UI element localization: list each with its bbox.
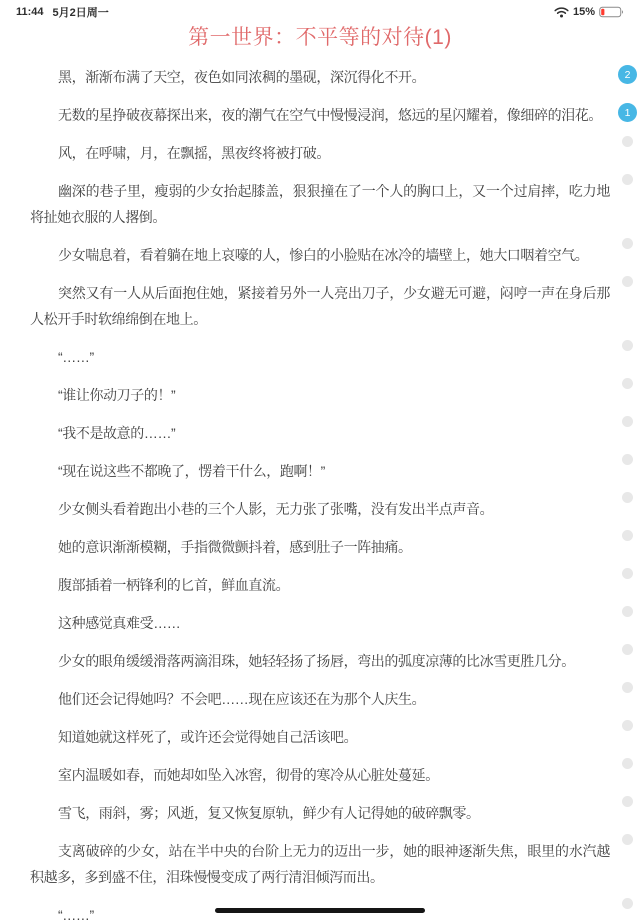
comment-dot[interactable]: [622, 238, 633, 249]
comment-dot[interactable]: [622, 378, 633, 389]
paragraph-text: 无数的星挣破夜幕探出来，夜的潮气在空气中慢慢浸润，悠远的星闪耀着，像细碎的泪花。: [58, 107, 602, 123]
paragraph: “我不是故意的……”: [30, 420, 610, 446]
comment-dot[interactable]: [622, 606, 633, 617]
paragraph-text: 她的意识渐渐模糊，手指微微颤抖着，感到肚子一阵抽痛。: [58, 539, 412, 555]
battery-percent: 15%: [573, 6, 595, 18]
home-indicator[interactable]: [215, 908, 425, 913]
comment-dot[interactable]: [622, 796, 633, 807]
wifi-icon: [554, 6, 569, 18]
paragraph: 室内温暖如春，而她却如坠入冰窖，彻骨的寒冷从心脏处蔓延。: [30, 762, 610, 788]
paragraph: 少女的眼角缓缓滑落两滴泪珠，她轻轻扬了扬唇，弯出的弧度凉薄的比冰雪更胜几分。: [30, 648, 610, 674]
paragraph: 支离破碎的少女，站在半中央的台阶上无力的迈出一步，她的眼神逐渐失焦，眼里的水汽越…: [30, 838, 610, 890]
chapter-title: 第一世界：不平等的对待(1): [0, 24, 640, 52]
comment-dot[interactable]: [622, 340, 633, 351]
paragraph: 知道她就这样死了，或许还会觉得她自己活该吧。: [30, 724, 610, 750]
paragraph: 风，在呼啸，月，在飘摇，黑夜终将被打破。: [30, 140, 610, 166]
comment-dot[interactable]: [622, 568, 633, 579]
paragraph-text: 这种感觉真难受……: [58, 615, 180, 631]
paragraph-text: “我不是故意的……”: [58, 425, 175, 441]
comment-dot[interactable]: [622, 898, 633, 909]
comment-dot[interactable]: [622, 174, 633, 185]
paragraph: 黑，渐渐布满了天空，夜色如同浓稠的墨砚，深沉得化不开。 2: [30, 64, 610, 90]
paragraph: 突然又有一人从后面抱住她，紧接着另外一人亮出刀子，少女避无可避，闷哼一声在身后那…: [30, 280, 610, 332]
comment-dot[interactable]: [622, 682, 633, 693]
paragraph: 少女侧头看着跑出小巷的三个人影，无力张了张嘴，没有发出半点声音。: [30, 496, 610, 522]
battery-icon: [599, 6, 624, 18]
paragraph: 幽深的巷子里，瘦弱的少女抬起膝盖，狠狠撞在了一个人的胸口上，又一个过肩摔，吃力地…: [30, 178, 610, 230]
paragraph-text: 少女侧头看着跑出小巷的三个人影，无力张了张嘴，没有发出半点声音。: [58, 501, 493, 517]
paragraph: 雪飞，雨斜，雾；风逝，复又恢复原轨，鲜少有人记得她的破碎飘零。: [30, 800, 610, 826]
paragraph-text: 幽深的巷子里，瘦弱的少女抬起膝盖，狠狠撞在了一个人的胸口上，又一个过肩摔，吃力地…: [30, 183, 610, 225]
paragraph-text: 少女喘息着，看着躺在地上哀嚎的人，惨白的小脸贴在冰冷的墙壁上，她大口咽着空气。: [58, 247, 588, 263]
comment-count-badge[interactable]: 1: [618, 103, 637, 122]
comment-dot[interactable]: [622, 416, 633, 427]
paragraph-text: 支离破碎的少女，站在半中央的台阶上无力的迈出一步，她的眼神逐渐失焦，眼里的水汽越…: [30, 843, 610, 885]
clock-time: 11:44: [16, 6, 44, 18]
paragraph-text: “谁让你动刀子的！”: [58, 387, 175, 403]
paragraph: 无数的星挣破夜幕探出来，夜的潮气在空气中慢慢浸润，悠远的星闪耀着，像细碎的泪花。…: [30, 102, 610, 128]
paragraph-text: 腹部插着一柄锋利的匕首，鲜血直流。: [58, 577, 289, 593]
comment-dot[interactable]: [622, 530, 633, 541]
paragraph-text: 室内温暖如春，而她却如坠入冰窖，彻骨的寒冷从心脏处蔓延。: [58, 767, 439, 783]
paragraph-text: “……”: [58, 907, 94, 921]
comment-dot[interactable]: [622, 136, 633, 147]
comment-dot[interactable]: [622, 454, 633, 465]
paragraph-text: 他们还会记得她吗？不会吧……现在应该还在为那个人庆生。: [58, 691, 425, 707]
paragraph-text: 知道她就这样死了，或许还会觉得她自己活该吧。: [58, 729, 357, 745]
paragraph: 少女喘息着，看着躺在地上哀嚎的人，惨白的小脸贴在冰冷的墙壁上，她大口咽着空气。: [30, 242, 610, 268]
paragraph: 这种感觉真难受……: [30, 610, 610, 636]
comment-dot[interactable]: [622, 720, 633, 731]
paragraph-text: 雪飞，雨斜，雾；风逝，复又恢复原轨，鲜少有人记得她的破碎飘零。: [58, 805, 480, 821]
paragraph-text: 少女的眼角缓缓滑落两滴泪珠，她轻轻扬了扬唇，弯出的弧度凉薄的比冰雪更胜几分。: [58, 653, 575, 669]
paragraph-text: “……”: [58, 349, 94, 365]
paragraph-text: 黑，渐渐布满了天空，夜色如同浓稠的墨砚，深沉得化不开。: [58, 69, 425, 85]
paragraph: “谁让你动刀子的！”: [30, 382, 610, 408]
date-text: 5月2日周一: [53, 4, 109, 20]
comment-count-badge[interactable]: 2: [618, 65, 637, 84]
paragraph-text: 风，在呼啸，月，在飘摇，黑夜终将被打破。: [58, 145, 330, 161]
paragraph-list: 黑，渐渐布满了天空，夜色如同浓稠的墨砚，深沉得化不开。 2 无数的星挣破夜幕探出…: [0, 64, 640, 921]
comment-dot[interactable]: [622, 644, 633, 655]
paragraph: “……”: [30, 344, 610, 370]
comment-dot[interactable]: [622, 834, 633, 845]
paragraph: “现在说这些不都晚了，愣着干什么，跑啊！”: [30, 458, 610, 484]
comment-dot[interactable]: [622, 492, 633, 503]
paragraph-text: 突然又有一人从后面抱住她，紧接着另外一人亮出刀子，少女避无可避，闷哼一声在身后那…: [30, 285, 610, 327]
comment-dot[interactable]: [622, 758, 633, 769]
status-bar: 11:44 5月2日周一 15%: [0, 0, 640, 20]
paragraph: 他们还会记得她吗？不会吧……现在应该还在为那个人庆生。: [30, 686, 610, 712]
paragraph-text: “现在说这些不都晚了，愣着干什么，跑啊！”: [58, 463, 325, 479]
paragraph: 她的意识渐渐模糊，手指微微颤抖着，感到肚子一阵抽痛。: [30, 534, 610, 560]
comment-dot[interactable]: [622, 276, 633, 287]
paragraph: 腹部插着一柄锋利的匕首，鲜血直流。: [30, 572, 610, 598]
